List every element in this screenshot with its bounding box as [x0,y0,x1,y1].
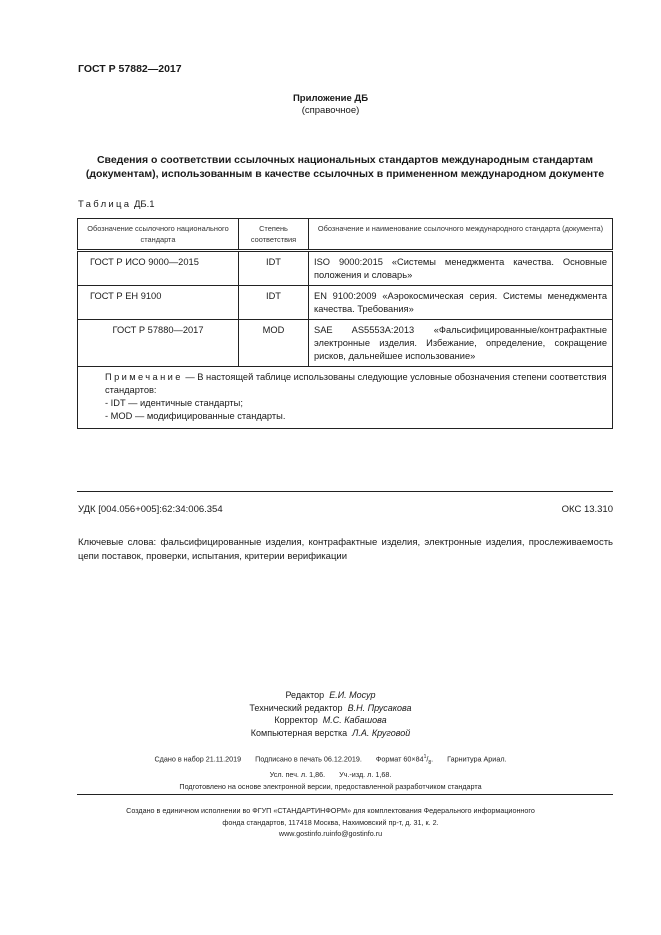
annex-title: Приложение ДБ [0,93,661,105]
cell-international: ISO 9000:2015 «Системы менеджмента качес… [309,251,613,286]
column-header-international: Обозначение и наименование ссылочного ме… [309,219,613,251]
table-row: ГОСТ Р ЕН 9100 IDT EN 9100:2009 «Аэрокос… [78,286,613,320]
creator-contacts: www.gostinfo.ruinfo@gostinfo.ru [0,828,661,840]
cell-national: ГОСТ Р ЕН 9100 [78,286,239,320]
cell-national: ГОСТ Р 57880—2017 [78,320,239,367]
correspondence-table: Обозначение ссылочного национального ста… [77,218,613,429]
cell-degree: IDT [239,251,309,286]
table-row: ГОСТ Р ИСО 9000—2015 IDT ISO 9000:2015 «… [78,251,613,286]
imprint-line-1: Сдано в набор 21.11.2019Подписано в печа… [0,752,661,769]
format-sub: 8 [428,760,431,766]
table-caption: Таблица ДБ.1 [78,199,155,210]
credit-line: Корректор М.С. Кабашова [0,714,661,727]
creator-line-2: фонда стандартов, 117418 Москва, Нахимов… [0,817,661,829]
table-note-row: Примечание — В настоящей таблице использ… [78,367,613,429]
table-caption-number: ДБ.1 [134,199,155,210]
credit-line: Компьютерная верстка Л.А. Круговой [0,727,661,740]
keywords: Ключевые слова: фальсифицированные издел… [78,536,613,563]
credits: Редактор Е.И. Мосур Технический редактор… [0,689,661,739]
cell-national: ГОСТ Р ИСО 9000—2015 [78,251,239,286]
annex-subtitle: (справочное) [0,105,661,117]
credit-role: Компьютерная верстка [251,728,347,738]
divider [77,491,613,492]
oks-code: ОКС 13.310 [562,504,613,515]
typeface: Гарнитура Ариал. [447,754,506,763]
note-text: Примечание — В настоящей таблице использ… [83,371,607,397]
format: Формат 60×84 [376,754,424,763]
note-item: - IDT — идентичные стандарты; [83,397,607,410]
print-sheets: Усл. печ. л. 1,86. [270,770,325,779]
creator-line-1: Создано в единичном исполнении во ФГУП «… [0,805,661,817]
credit-line: Редактор Е.И. Мосур [0,689,661,702]
credit-name: М.С. Кабашова [323,715,387,725]
creator-info: Создано в единичном исполнении во ФГУП «… [0,805,661,840]
credit-name: Е.И. Мосур [329,690,375,700]
cell-international: SAE AS5553A:2013 «Фальсифицированные/кон… [309,320,613,367]
credit-role: Технический редактор [249,703,342,713]
document-id: ГОСТ Р 57882—2017 [78,63,182,75]
note-label: Примечание [105,372,183,382]
table-row: ГОСТ Р 57880—2017 MOD SAE AS5553A:2013 «… [78,320,613,367]
column-header-national: Обозначение ссылочного национального ста… [78,219,239,251]
note-item: - MOD — модифицированные стандарты. [83,410,607,423]
signed-date: Подписано в печать 06.12.2019. [255,754,362,763]
website-link[interactable]: www.gostinfo.ru [279,829,330,838]
credit-role: Корректор [274,715,317,725]
credit-name: В.Н. Прусакова [348,703,412,713]
pub-sheets: Уч.-изд. л. 1,68. [339,770,391,779]
table-caption-label: Таблица [78,199,131,210]
prepared-note: Подготовлено на основе электронной верси… [0,781,661,793]
udk-code: УДК [004.056+005]:62:34:006.354 [78,504,223,515]
format-sup: 1 [424,754,427,760]
section-heading: Сведения о соответствии ссылочных национ… [78,154,612,181]
credit-role: Редактор [285,690,324,700]
cell-international: EN 9100:2009 «Аэрокосмическая серия. Сис… [309,286,613,320]
imprint-line-2: Усл. печ. л. 1,86.Уч.-изд. л. 1,68. [0,769,661,781]
credit-name: Л.А. Круговой [352,728,410,738]
cell-degree: MOD [239,320,309,367]
table-header-row: Обозначение ссылочного национального ста… [78,219,613,251]
cell-degree: IDT [239,286,309,320]
divider [77,794,613,795]
credit-line: Технический редактор В.Н. Прусакова [0,702,661,715]
typeset-date: Сдано в набор 21.11.2019 [154,754,241,763]
column-header-degree: Степень соответствия [239,219,309,251]
table-note: Примечание — В настоящей таблице использ… [78,367,613,429]
annex-heading: Приложение ДБ (справочное) [0,93,661,117]
imprint: Сдано в набор 21.11.2019Подписано в печа… [0,752,661,792]
email-link[interactable]: info@gostinfo.ru [330,829,382,838]
